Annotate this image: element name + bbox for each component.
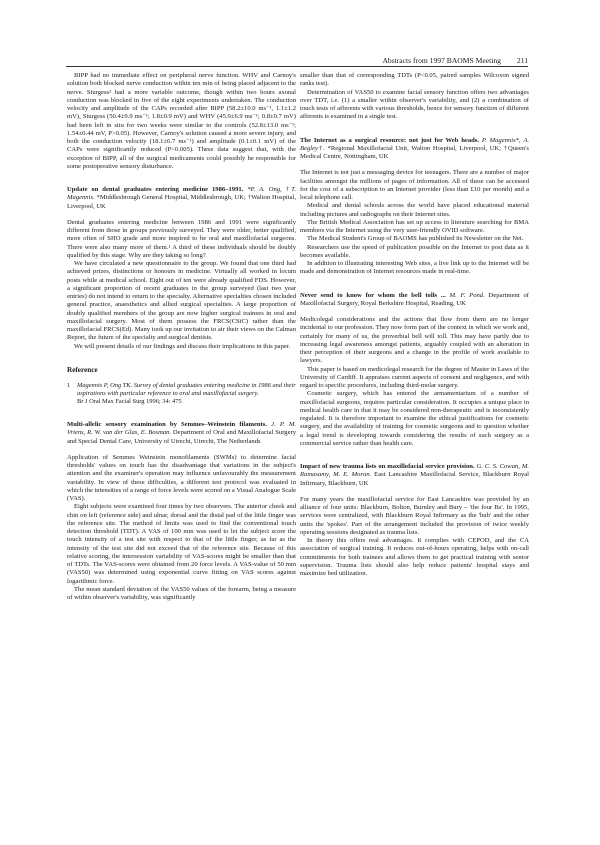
abstract-paragraph: The Internet is not just a messaging dev…: [300, 169, 529, 202]
abstract-paragraph: Cosmetic surgery, which has entered the …: [300, 390, 529, 448]
abstract-paragraph: Application of Semmes Weinstein monofila…: [67, 454, 296, 504]
reference-number: 1: [67, 382, 77, 406]
continuation-paragraph: Determination of VAS50 to examine facial…: [300, 89, 529, 122]
page-number: 211: [517, 56, 528, 65]
journal-page: Abstracts from 1997 BAOMS Meeting 211 BI…: [0, 0, 600, 845]
reference-journal: Br J Oral Max Facial Surg 1996; 34: 475: [77, 398, 182, 405]
abstract-header: Never send to know for whom the bell tol…: [300, 292, 529, 309]
reference-item: 1 Magennis P, Ong TK. Survey of dental g…: [67, 382, 296, 406]
abstract-paragraph: We have circulated a new questionnaire t…: [67, 260, 296, 343]
running-head-title: Abstracts from 1997 BAOMS Meeting: [382, 56, 501, 65]
continuation-paragraph: smaller than that of corresponding TDTs …: [300, 72, 529, 89]
abstract-paragraph: The mean standard deviation of the VAS50…: [67, 586, 296, 603]
abstract-paragraph: The Medical Student's Group of BAOMS has…: [300, 235, 529, 243]
abstract-header: The Internet as a surgical resource: not…: [300, 137, 529, 162]
abstract-dental-graduates: Update on dental graduates entering medi…: [67, 186, 296, 406]
abstract-paragraph: In addition to illustrating interesting …: [300, 260, 529, 277]
running-head: Abstracts from 1997 BAOMS Meeting 211: [66, 56, 528, 67]
abstract-paragraph: For many years the maxillofacial service…: [300, 496, 529, 537]
abstract-paragraph: In theory this offers real advantages. I…: [300, 537, 529, 578]
abstract-paragraph: We will present details of our findings …: [67, 343, 296, 351]
abstract-title: Multi-allelic sensory examination by Sem…: [67, 421, 267, 428]
abstract-header: Multi-allelic sensory examination by Sem…: [67, 421, 296, 446]
abstract-trauma-lists: Impact of new trauma lists on maxillofac…: [300, 463, 529, 578]
reference-heading: Reference: [67, 366, 296, 374]
abstract-paragraph: The British Medical Association has set …: [300, 219, 529, 236]
abstract-title: Update on dental graduates entering medi…: [67, 186, 243, 193]
abstract-paragraph: This paper is based on medicolegal resea…: [300, 366, 529, 391]
abstract-header: Update on dental graduates entering medi…: [67, 186, 296, 211]
abstract-header: Impact of new trauma lists on maxillofac…: [300, 463, 529, 488]
right-column: smaller than that of corresponding TDTs …: [300, 72, 529, 578]
reference-text: Magennis P, Ong TK. Survey of dental gra…: [77, 382, 296, 397]
abstract-authors: M. F. Pond.: [450, 292, 485, 299]
continuation-paragraph: BIPP had no immediate effect on peripher…: [67, 72, 296, 171]
abstract-title: The Internet as a surgical resource: not…: [300, 137, 479, 144]
abstract-paragraph: Medical and dental schools across the wo…: [300, 202, 529, 219]
abstract-paragraph: Medicolegal considerations and the actio…: [300, 316, 529, 366]
abstract-affiliation: *Regional Maxillofacial Unit, Walton Hos…: [300, 145, 529, 160]
abstract-internet-resource: The Internet as a surgical resource: not…: [300, 137, 529, 277]
abstract-paragraph: Dental graduates entering medicine betwe…: [67, 219, 296, 260]
abstract-paragraph: Researchers use the speed of publication…: [300, 244, 529, 261]
abstract-semmes-weinstein: Multi-allelic sensory examination by Sem…: [67, 421, 296, 602]
abstract-affiliation: *Middlesbrough General Hospital, Middles…: [67, 194, 296, 209]
abstract-title: Impact of new trauma lists on maxillofac…: [300, 463, 475, 470]
abstract-paragraph: Eight subjects were examined four times …: [67, 503, 296, 586]
abstract-bell-tolls: Never send to know for whom the bell tol…: [300, 292, 529, 449]
abstract-title: Never send to know for whom the bell tol…: [300, 292, 446, 299]
left-column: BIPP had no immediate effect on peripher…: [67, 72, 296, 602]
